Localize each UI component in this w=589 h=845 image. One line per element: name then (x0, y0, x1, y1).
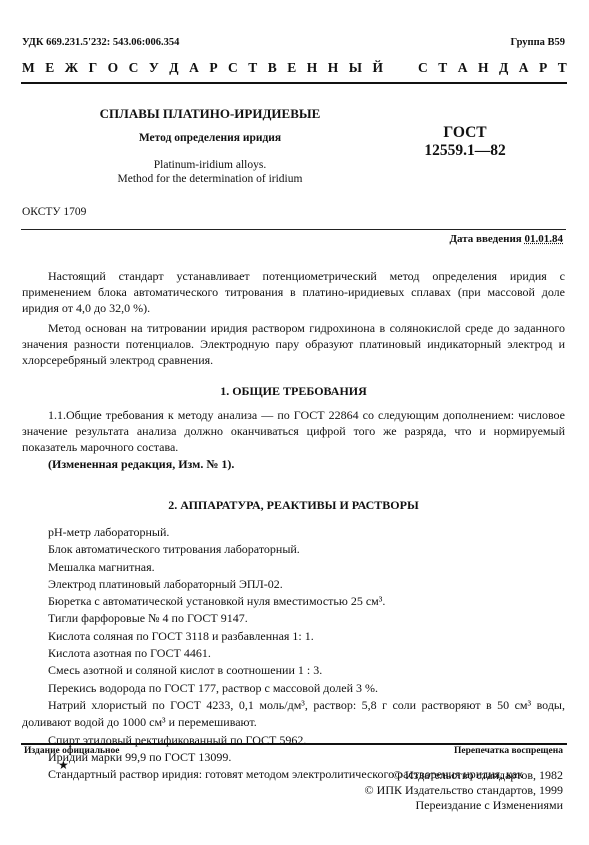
list-item: Кислота соляная по ГОСТ 3118 и разбавлен… (22, 628, 565, 645)
banner-letter: А (189, 60, 199, 76)
banner-letter: С (228, 60, 238, 76)
amendment-note: (Измененная редакция, Изм. № 1). (22, 456, 565, 472)
banner-letter: А (519, 60, 529, 76)
group-code: Группа В59 (511, 37, 565, 48)
reissue-note: Переиздание с Изменениями (365, 798, 563, 813)
list-item: Кислота азотная по ГОСТ 4461. (22, 645, 565, 662)
reprint-prohibited-label: Перепечатка воспрещена (454, 746, 563, 756)
banner-gap (394, 60, 408, 76)
section-1-body: 1.1.Общие требования к методу анализа — … (22, 407, 565, 472)
banner-letter: Р (209, 60, 217, 76)
banner-letter: Е (45, 60, 54, 76)
list-item: Смесь азотной и соляной кислот в соотнош… (22, 662, 565, 679)
gost-designation: ГОСТ 12559.1—82 (410, 124, 520, 160)
star-icon: ★ (58, 758, 69, 773)
banner-letter: Е (287, 60, 296, 76)
list-item: Натрий хлористый по ГОСТ 4233, 0,1 моль/… (22, 697, 565, 732)
banner-letter: Ж (65, 60, 78, 76)
interstate-standard-banner: М Е Ж Г О С У Д А Р С Т В Е Н Н Ы Й С Т … (22, 60, 567, 76)
english-title-line2: Method for the determination of iridium (20, 172, 400, 186)
copyright-line: © Издательство стандартов, 1982 (365, 768, 563, 783)
official-edition-label: Издание официальное (24, 746, 120, 756)
okstu-code: ОКСТУ 1709 (22, 206, 86, 218)
list-item: Электрод платиновый лабораторный ЭПЛ-02. (22, 576, 565, 593)
udk-code: УДК 669.231.5'232: 543.06:006.354 (22, 37, 179, 48)
banner-letter: Р (539, 60, 547, 76)
list-item: Бюретка с автоматической установкой нуля… (22, 593, 565, 610)
banner-letter: С (418, 60, 428, 76)
intro-date-label: Дата введения (449, 233, 521, 245)
banner-letter: Н (328, 60, 339, 76)
banner-letter: Д (169, 60, 178, 76)
banner-letter: С (129, 60, 139, 76)
section-heading: 2. АППАРАТУРА, РЕАКТИВЫ И РАСТВОРЫ (22, 498, 565, 513)
banner-letter: Г (89, 60, 98, 76)
introduction-date: Дата введения 01.01.84 (449, 233, 563, 245)
document-subtitle: Метод определения иридия (20, 132, 400, 144)
banner-letter: Т (558, 60, 567, 76)
clause-paragraph: 1.1.Общие требования к методу анализа — … (22, 407, 565, 456)
intro-date-value: 01.01.84 (525, 233, 564, 245)
intro-paragraph: Настоящий стандарт устанавливает потенци… (22, 268, 565, 317)
list-item: Блок автоматического титрования лаборато… (22, 541, 565, 558)
gost-number: 12559.1—82 (410, 142, 520, 160)
banner-letter: Ы (349, 60, 362, 76)
banner-letter: Д (499, 60, 508, 76)
banner-letter: Т (248, 60, 257, 76)
list-item: Тигли фарфоровые № 4 по ГОСТ 9147. (22, 610, 565, 627)
banner-letter: Т (438, 60, 447, 76)
banner-letter: Н (478, 60, 489, 76)
banner-letter: М (22, 60, 35, 76)
english-title-line1: Platinum-iridium alloys. (20, 158, 400, 172)
list-item: рН-метр лабораторный. (22, 524, 565, 541)
banner-letter: У (149, 60, 159, 76)
gost-label: ГОСТ (410, 124, 520, 142)
english-title: Platinum-iridium alloys. Method for the … (20, 158, 400, 186)
banner-letter: Н (307, 60, 318, 76)
banner-letter: В (268, 60, 277, 76)
section-heading: 1. ОБЩИЕ ТРЕБОВАНИЯ (22, 384, 565, 399)
header-rule (21, 82, 567, 84)
banner-letter: А (458, 60, 468, 76)
footer-rule (21, 743, 567, 745)
section-2-list: рН-метр лабораторный. Блок автоматическо… (22, 524, 565, 783)
intro-section: Настоящий стандарт устанавливает потенци… (22, 268, 565, 368)
banner-letter: Й (373, 60, 384, 76)
list-item: Перекись водорода по ГОСТ 177, раствор с… (22, 680, 565, 697)
list-item: Мешалка магнитная. (22, 559, 565, 576)
document-title: СПЛАВЫ ПЛАТИНО-ИРИДИЕВЫЕ (20, 106, 400, 122)
intro-paragraph: Метод основан на титровании иридия раств… (22, 320, 565, 369)
banner-letter: О (108, 60, 119, 76)
copyright-block: © Издательство стандартов, 1982 © ИПК Из… (365, 768, 563, 813)
copyright-line: © ИПК Издательство стандартов, 1999 (365, 783, 563, 798)
okstu-rule (21, 229, 566, 230)
